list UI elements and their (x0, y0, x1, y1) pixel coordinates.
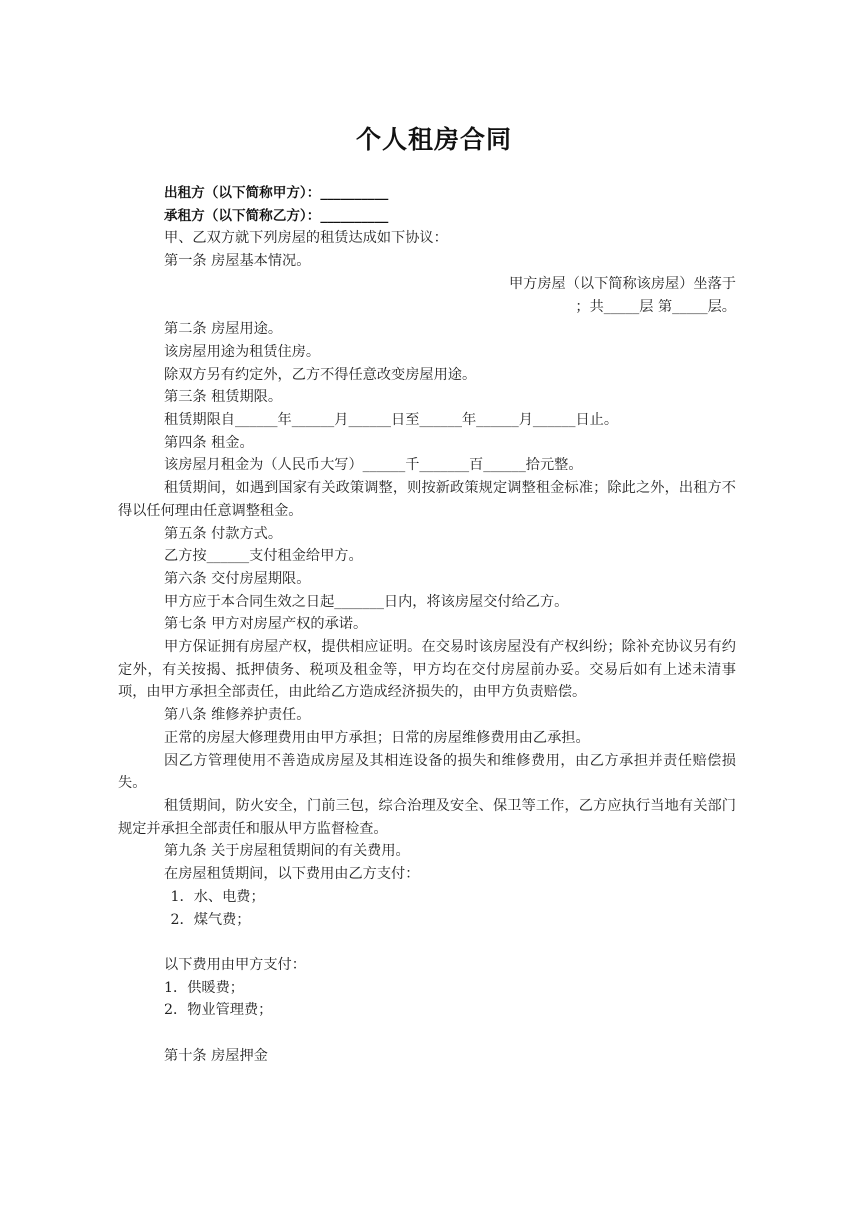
article-7-text: 甲方保证拥有房屋产权，提供相应证明。在交易时该房屋没有产权纠纷；除补充协议另有约… (118, 636, 736, 704)
document-body: 出租方（以下简称甲方）：__________ 承租方（以下简称乙方）：_____… (118, 182, 736, 1067)
article-10-heading: 第十条 房屋押金 (118, 1045, 736, 1068)
lessee-fee-item-2: 2．煤气费； (118, 909, 736, 932)
article-1-heading: 第一条 房屋基本情况。 (118, 250, 736, 273)
article-4-heading: 第四条 租金。 (118, 432, 736, 455)
lessor-fee-item-1: 1．供暖费； (118, 977, 736, 1000)
article-9-heading: 第九条 关于房屋租赁期间的有关费用。 (118, 840, 736, 863)
lessee-fee-item-1: 1．水、电费； (118, 886, 736, 909)
document-title: 个人租房合同 (0, 120, 868, 156)
article-8-text-2: 因乙方管理使用不善造成房屋及其相连设备的损失和维修费用，由乙方承担并责任赔偿损失… (118, 750, 736, 795)
article-4-text-1: 该房屋月租金为（人民币大写）______千_______百______拾元整。 (118, 454, 736, 477)
article-2-heading: 第二条 房屋用途。 (118, 318, 736, 341)
lessor-fee-heading: 以下费用由甲方支付： (118, 954, 736, 977)
article-3-heading: 第三条 租赁期限。 (118, 386, 736, 409)
article-4-text-2: 租赁期间，如遇到国家有关政策调整，则按新政策规定调整租金标准；除此之外，出租方不… (118, 477, 736, 522)
article-3-text: 租赁期限自______年______月______日至______年______… (118, 409, 736, 432)
article-8-heading: 第八条 维修养护责任。 (118, 704, 736, 727)
article-2-text-2: 除双方另有约定外，乙方不得任意改变房屋用途。 (118, 364, 736, 387)
article-8-text-3: 租赁期间，防火安全，门前三包，综合治理及安全、保卫等工作，乙方应执行当地有关部门… (118, 795, 736, 840)
article-2-text-1: 该房屋用途为租赁住房。 (118, 341, 736, 364)
blank-line (118, 1022, 736, 1045)
article-7-heading: 第七条 甲方对房屋产权的承诺。 (118, 613, 736, 636)
agreement-intro: 甲、乙双方就下列房屋的租赁达成如下协议： (118, 227, 736, 250)
article-5-text: 乙方按______支付租金给甲方。 (118, 545, 736, 568)
article-5-heading: 第五条 付款方式。 (118, 523, 736, 546)
article-6-heading: 第六条 交付房屋期限。 (118, 568, 736, 591)
article-6-text: 甲方应于本合同生效之日起_______日内，将该房屋交付给乙方。 (118, 591, 736, 614)
blank-line (118, 931, 736, 954)
article-1-floors: ；共_____层 第_____层。 (118, 296, 736, 319)
article-8-text-1: 正常的房屋大修理费用由甲方承担；日常的房屋维修费用由乙承担。 (118, 727, 736, 750)
lessee-line: 承租方（以下简称乙方）：__________ (118, 205, 736, 228)
article-9-text: 在房屋租赁期间，以下费用由乙方支付： (118, 863, 736, 886)
article-1-location: 甲方房屋（以下简称该房屋）坐落于 (118, 273, 736, 296)
lessor-line: 出租方（以下简称甲方）：__________ (118, 182, 736, 205)
lessor-fee-item-2: 2．物业管理费； (118, 999, 736, 1022)
